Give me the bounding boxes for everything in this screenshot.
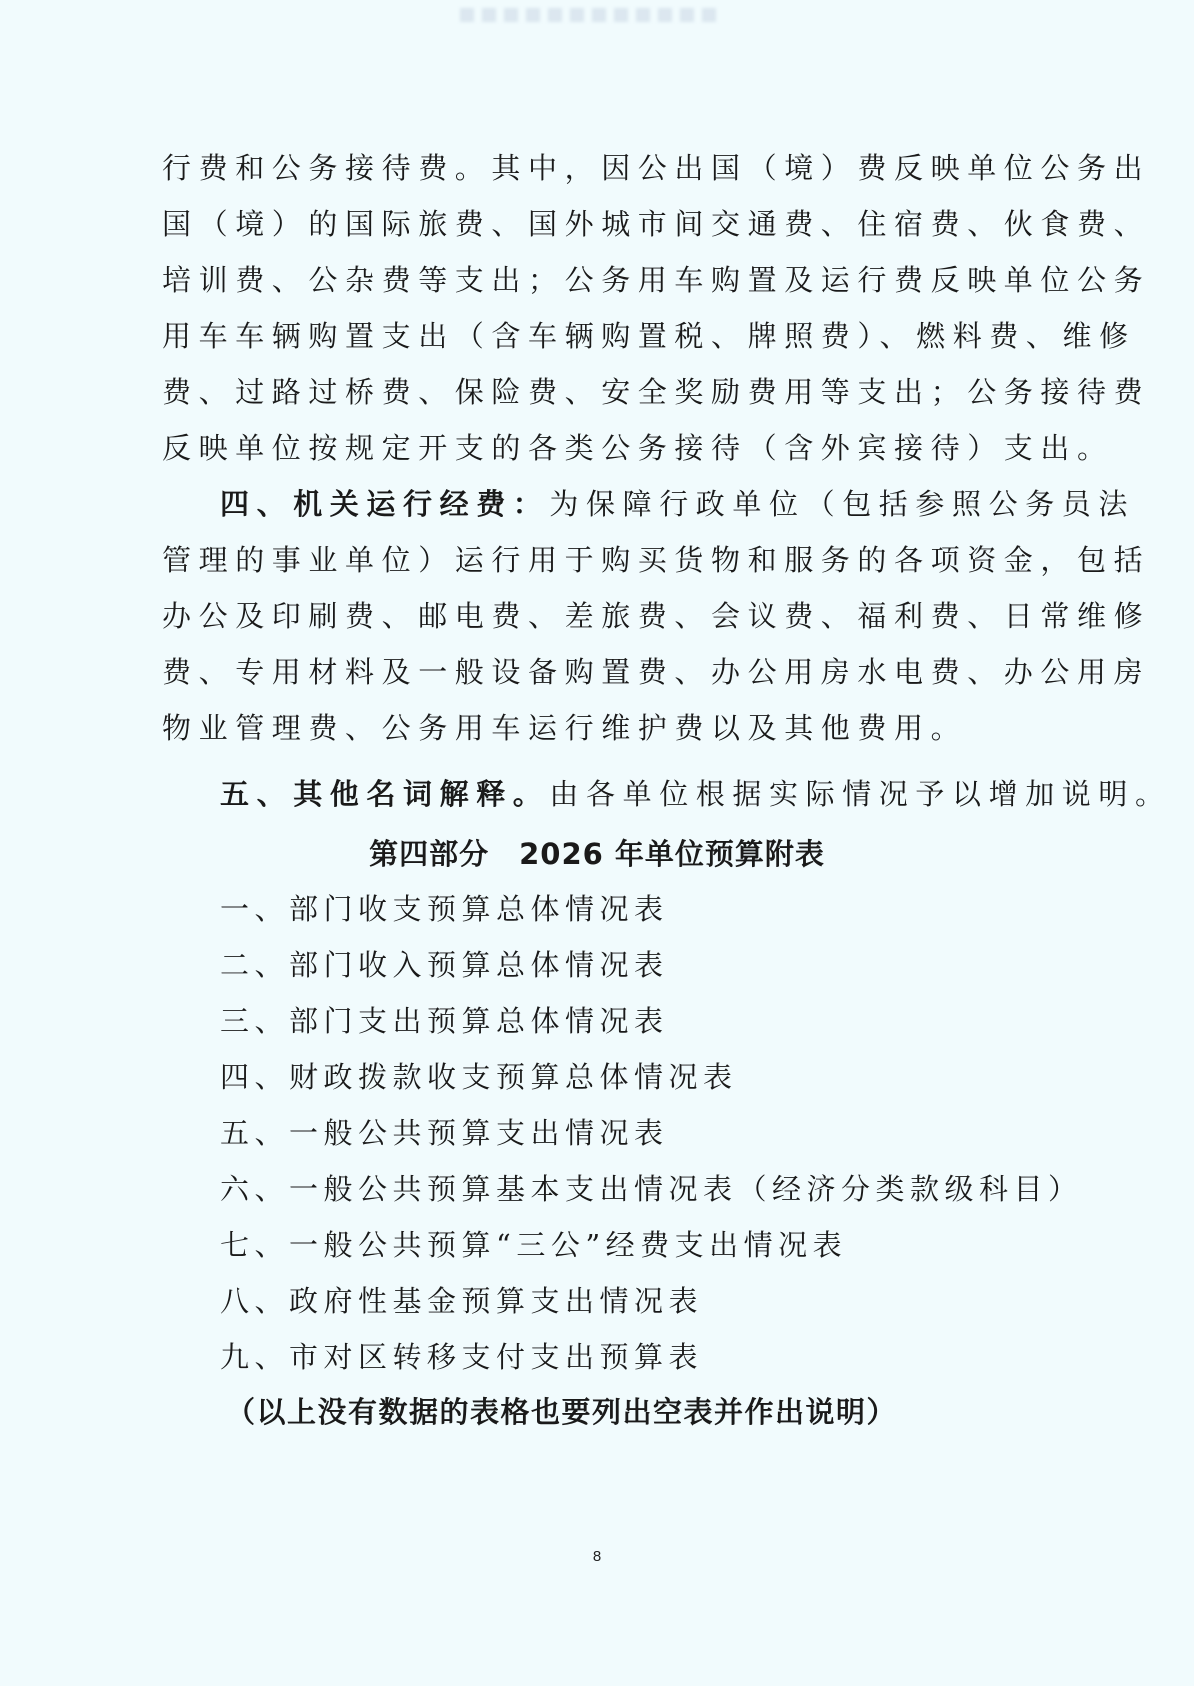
term-heading: 四、机关运行经费： xyxy=(220,487,549,521)
text-line: 反映单位按规定开支的各类公务接待（含外宾接待）支出。 xyxy=(162,420,1042,476)
section-title-text: 2026 年单位预算附表 xyxy=(519,837,825,871)
empty-table-note: （以上没有数据的表格也要列出空表并作出说明） xyxy=(226,1384,897,1440)
text-line: 物业管理费、公务用车运行维护费以及其他费用。 xyxy=(162,700,1042,756)
appendix-item: 四、财政拨款收支预算总体情况表 xyxy=(220,1049,1083,1105)
text-line: 行费和公务接待费。其中，因公出国（境）费反映单位公务出 xyxy=(162,140,1042,196)
paragraph-other-terms: 五、其他名词解释。由各单位根据实际情况予以增加说明。 xyxy=(162,766,1042,822)
appendix-item: 七、一般公共预算“三公”经费支出情况表 xyxy=(220,1217,1083,1273)
section-title: 第四部分2026 年单位预算附表 xyxy=(0,826,1194,882)
text-line: 办公及印刷费、邮电费、差旅费、会议费、福利费、日常维修 xyxy=(162,588,1042,644)
appendix-item: 六、一般公共预算基本支出情况表（经济分类款级科目） xyxy=(220,1161,1083,1217)
term-definition: 由各单位根据实际情况予以增加说明。 xyxy=(549,777,1171,811)
page-number: 8 xyxy=(0,1548,1194,1565)
term-definition: 为保障行政单位（包括参照公务员法 xyxy=(549,487,1135,521)
text-line: 管理的事业单位）运行用于购买货物和服务的各项资金，包括 xyxy=(162,532,1042,588)
section-part-label: 第四部分 xyxy=(369,837,489,871)
paragraph-operating-expenses: 四、机关运行经费：为保障行政单位（包括参照公务员法 管理的事业单位）运行用于购买… xyxy=(162,476,1042,756)
appendix-item: 八、政府性基金预算支出情况表 xyxy=(220,1273,1083,1329)
document-page: 行费和公务接待费。其中，因公出国（境）费反映单位公务出 国（境）的国际旅费、国外… xyxy=(0,0,1194,1686)
text-line: 培训费、公杂费等支出；公务用车购置及运行费反映单位公务 xyxy=(162,252,1042,308)
appendix-item: 一、部门收支预算总体情况表 xyxy=(220,881,1083,937)
faded-header-bleedthrough xyxy=(460,8,720,22)
appendix-item: 五、一般公共预算支出情况表 xyxy=(220,1105,1083,1161)
text-line: 费、过路过桥费、保险费、安全奖励费用等支出；公务接待费 xyxy=(162,364,1042,420)
text-line: 五、其他名词解释。由各单位根据实际情况予以增加说明。 xyxy=(162,766,1042,822)
text-line: 四、机关运行经费：为保障行政单位（包括参照公务员法 xyxy=(162,476,1042,532)
text-line: 费、专用材料及一般设备购置费、办公用房水电费、办公用房 xyxy=(162,644,1042,700)
appendix-item: 二、部门收入预算总体情况表 xyxy=(220,937,1083,993)
paragraph-sangong-expenses: 行费和公务接待费。其中，因公出国（境）费反映单位公务出 国（境）的国际旅费、国外… xyxy=(162,140,1042,476)
text-line: 国（境）的国际旅费、国外城市间交通费、住宿费、伙食费、 xyxy=(162,196,1042,252)
appendix-item: 九、市对区转移支付支出预算表 xyxy=(220,1329,1083,1385)
term-heading: 五、其他名词解释。 xyxy=(220,777,549,811)
appendix-table-list: 一、部门收支预算总体情况表 二、部门收入预算总体情况表 三、部门支出预算总体情况… xyxy=(220,881,1083,1385)
text-line: 用车车辆购置支出（含车辆购置税、牌照费）、燃料费、维修 xyxy=(162,308,1042,364)
appendix-item: 三、部门支出预算总体情况表 xyxy=(220,993,1083,1049)
